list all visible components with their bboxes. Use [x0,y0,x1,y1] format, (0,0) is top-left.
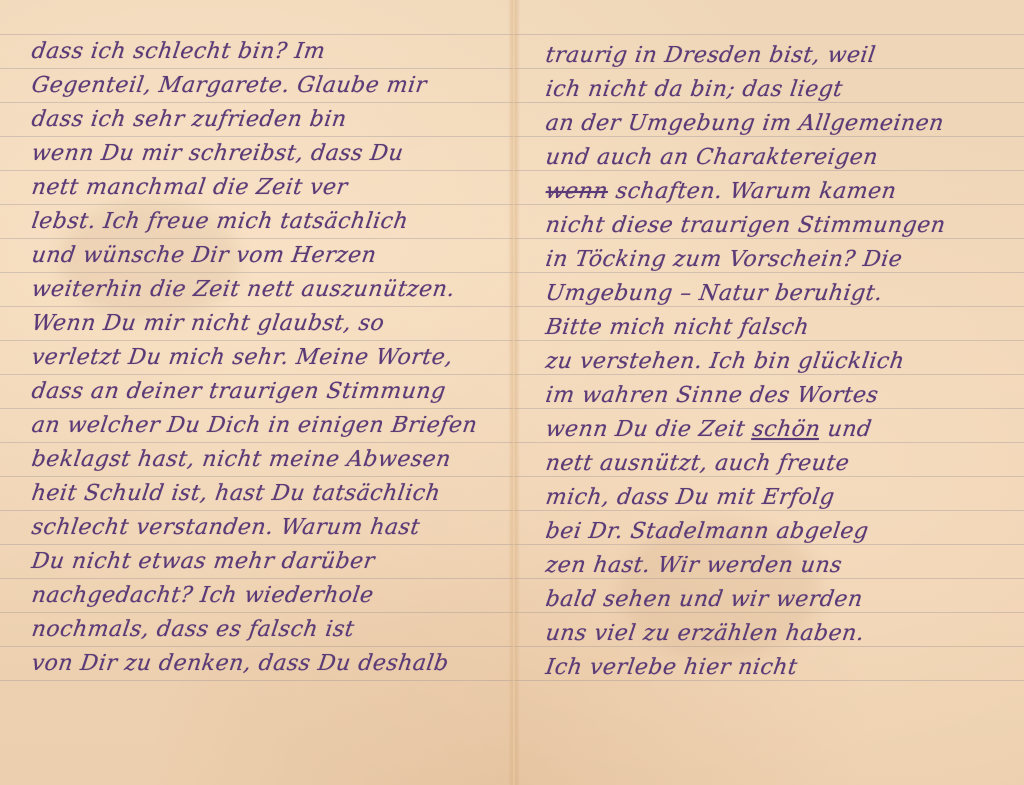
right-line-8: Umgebung – Natur beruhigt. [544,281,884,306]
right-line-10: zu verstehen. Ich bin glücklich [544,349,906,374]
left-line-1: dass ich schlecht bin? Im [30,39,327,64]
left-line-9: Wenn Du mir nicht glaubst, so [30,311,386,336]
right-line-16: zen hast. Wir werden uns [544,553,844,578]
letter-sheet: dass ich schlecht bin? Im Gegenteil, Mar… [0,0,1024,785]
right-line-text: Ich verlebe hier nicht [544,655,799,680]
right-line-6: nicht diese traurigen Stimmungen [544,213,947,238]
crossed-out-word: wenn [544,179,610,204]
right-line-12: wenn Du die Zeit schön und [544,417,873,442]
right-line-3: an der Umgebung im Allgemeinen [544,111,946,136]
left-line-11: dass an deiner traurigen Stimmung [30,379,447,404]
right-line-text: traurig in Dresden bist, weil [544,43,877,68]
right-line-text: zu verstehen. Ich bin glücklich [544,349,906,374]
right-line-text: Umgebung – Natur beruhigt. [544,281,884,306]
right-line-text: zen hast. Wir werden uns [544,553,844,578]
left-line-14: heit Schuld ist, hast Du tatsächlich [30,481,442,506]
right-line-text: nicht diese traurigen Stimmungen [544,213,947,238]
right-line-text: an der Umgebung im Allgemeinen [544,111,946,136]
left-line-3: dass ich sehr zufrieden bin [30,107,348,132]
right-line-text: in Töcking zum Vorschein? Die [544,247,904,272]
right-line-text: im wahren Sinne des Wortes [544,383,880,408]
right-line-17: bald sehen und wir werden [544,587,864,612]
right-line-text: nett ausnützt, auch freute [544,451,851,476]
left-line-6: lebst. Ich freue mich tatsächlich [30,209,410,234]
left-line-19: von Dir zu denken, dass Du deshalb [30,651,450,676]
right-line-text: Bitte mich nicht falsch [544,315,811,340]
right-line-19: Ich verlebe hier nicht [544,655,799,680]
right-line-15: bei Dr. Stadelmann abgeleg [544,519,870,544]
left-page: dass ich schlecht bin? Im Gegenteil, Mar… [0,0,510,785]
left-line-4: wenn Du mir schreibst, dass Du [30,141,405,166]
right-line-text: mich, dass Du mit Erfolg [544,485,836,510]
left-line-8: weiterhin die Zeit nett auszunützen. [30,277,457,302]
right-page: traurig in Dresden bist, weil ich nicht … [514,0,1024,785]
right-line-1: traurig in Dresden bist, weil [544,43,877,68]
left-line-18: nochmals, dass es falsch ist [30,617,356,642]
right-line-18: uns viel zu erzählen haben. [544,621,866,646]
left-line-5: nett manchmal die Zeit ver [30,175,349,200]
left-line-12: an welcher Du Dich in einigen Briefen [30,413,479,438]
right-line-text: ich nicht da bin; das liegt [544,77,844,102]
right-line-text: bei Dr. Stadelmann abgeleg [544,519,870,544]
right-line-text: bald sehen und wir werden [544,587,864,612]
left-line-2: Gegenteil, Margarete. Glaube mir [30,73,428,98]
right-line-text: wenn Du die Zeit [544,417,747,442]
right-line-7: in Töcking zum Vorschein? Die [544,247,904,272]
left-line-10: verletzt Du mich sehr. Meine Worte, [30,345,455,370]
left-line-7: und wünsche Dir vom Herzen [30,243,378,268]
right-line-11: im wahren Sinne des Wortes [544,383,880,408]
left-line-13: beklagst hast, nicht meine Abwesen [30,447,453,472]
right-line-text: schaften. Warum kamen [614,179,898,204]
right-line-9: Bitte mich nicht falsch [544,315,811,340]
right-line-text: und [826,417,873,442]
right-line-2: ich nicht da bin; das liegt [544,77,844,102]
right-line-text: uns viel zu erzählen haben. [544,621,866,646]
underlined-word: schön [751,417,822,442]
left-line-17: nachgedacht? Ich wiederhole [30,583,375,608]
right-line-4: und auch an Charaktereigen [544,145,880,170]
right-line-14: mich, dass Du mit Erfolg [544,485,836,510]
left-line-15: schlecht verstanden. Warum hast [30,515,422,540]
left-line-16: Du nicht etwas mehr darüber [30,549,376,574]
right-line-text: und auch an Charaktereigen [544,145,880,170]
right-line-13: nett ausnützt, auch freute [544,451,851,476]
right-line-5: wennschaften. Warum kamen [544,179,898,204]
